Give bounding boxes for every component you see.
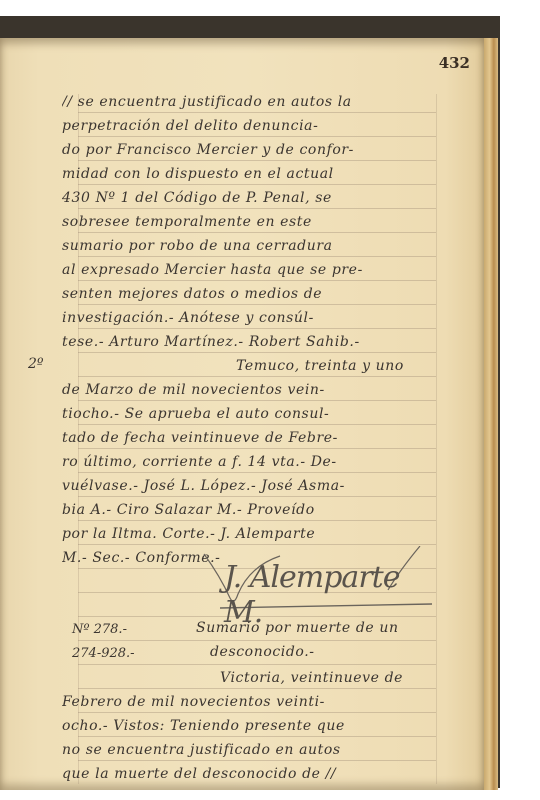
- text-line: que la muerte del desconocido de //: [62, 766, 452, 790]
- text-line: tese.- Arturo Martínez.- Robert Sahib.-: [62, 334, 452, 358]
- marginal-note: 2º: [28, 356, 44, 372]
- text-line: perpetración del delito denuncia-: [62, 118, 452, 142]
- signature: J. Alemparte M.: [200, 546, 440, 612]
- text-line: midad con lo dispuesto en el actual: [62, 166, 452, 190]
- text-line: vuélvase.- José L. López.- José Asma-: [62, 478, 452, 502]
- entry-title-line: desconocido.-: [210, 644, 450, 668]
- manuscript-page: 432 // se encuentra justificado en: [0, 38, 484, 790]
- text-line: senten mejores datos o medios de: [62, 286, 452, 310]
- text-line: al expresado Mercier hasta que se pre-: [62, 262, 452, 286]
- text-line: // se encuentra justificado en autos la: [62, 94, 452, 118]
- entry-title-line: Sumario por muerte de un: [196, 620, 456, 644]
- text-line: tiocho.- Se aprueba el auto consul-: [62, 406, 452, 430]
- text-line: Temuco, treinta y uno: [236, 358, 456, 382]
- page-number: 432: [439, 54, 470, 72]
- text-line: do por Francisco Mercier y de confor-: [62, 142, 452, 166]
- text-line: sumario por robo de una cerradura: [62, 238, 452, 262]
- text-line: no se encuentra justificado en autos: [62, 742, 452, 766]
- text-line: bia A.- Ciro Salazar M.- Proveído: [62, 502, 452, 526]
- text-line: ocho.- Vistos: Teniendo presente que: [62, 718, 452, 742]
- entry-number: Nº 278.-: [72, 622, 127, 637]
- case-reference: 274-928.-: [72, 646, 135, 661]
- book-cover: 432 // se encuentra justificado en: [0, 16, 500, 788]
- text-line: Febrero de mil novecientos veinti-: [62, 694, 452, 718]
- text-line: Victoria, veintinueve de: [220, 670, 456, 694]
- text-line: investigación.- Anótese y consúl-: [62, 310, 452, 334]
- text-line: de Marzo de mil novecientos vein-: [62, 382, 452, 406]
- text-line: ro último, corriente a f. 14 vta.- De-: [62, 454, 452, 478]
- page-edge: [484, 38, 498, 790]
- text-line: tado de fecha veintinueve de Febre-: [62, 430, 452, 454]
- text-line: sobresee temporalmente en este: [62, 214, 452, 238]
- text-line: 430 Nº 1 del Código de P. Penal, se: [62, 190, 452, 214]
